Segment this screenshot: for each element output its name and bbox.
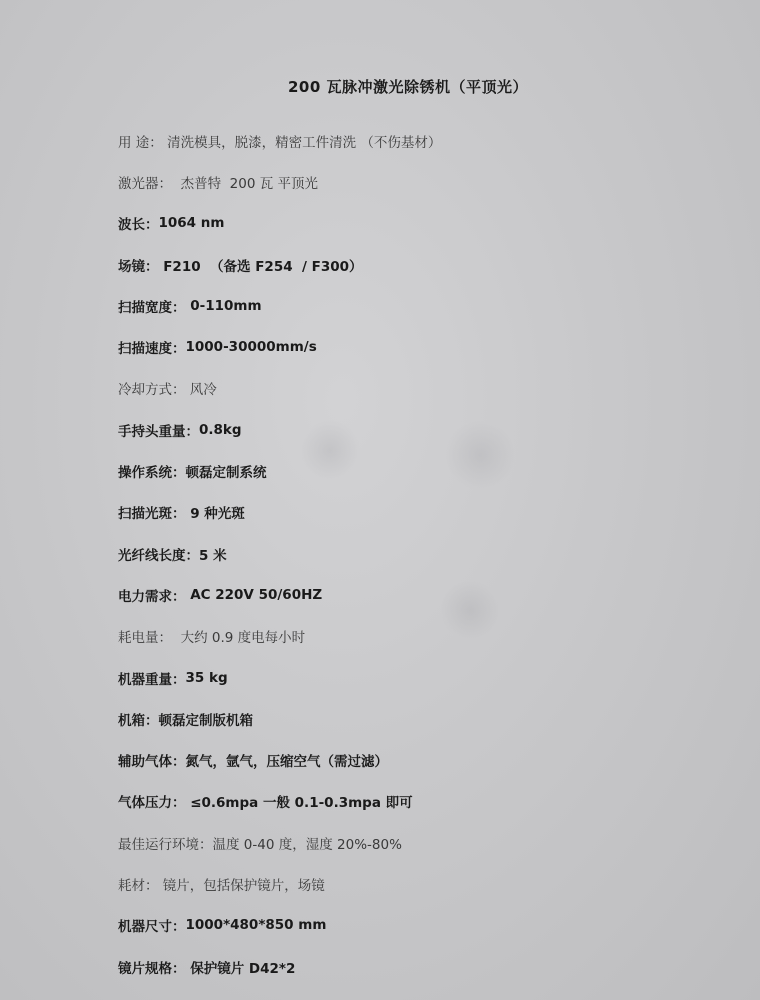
- spec-list: 用 途： 清洗模具，脱漆，精密工件清洗 （不伤基材）激光器： 杰普特 200 瓦…: [118, 120, 441, 987]
- spec-row: 手持头重量：0.8kg: [118, 409, 441, 450]
- spec-row: 电力需求： AC 220V 50/60HZ: [118, 574, 441, 615]
- spec-row: 操作系统：顿磊定制系统: [118, 450, 441, 491]
- spec-row: 场镜： F210 （备选 F254 / F300）: [118, 244, 441, 285]
- spec-label: 耗电量：: [118, 626, 172, 646]
- spec-row: 机器重量：35 kg: [118, 657, 441, 698]
- spec-label: 镜片规格：: [118, 957, 186, 977]
- spec-label: 冷却方式：: [118, 378, 186, 398]
- spec-row: 镜片规格： 保护镜片 D42*2: [118, 946, 441, 987]
- spec-row: 扫描速度：1000-30000mm/s: [118, 326, 441, 367]
- spec-row: 光纤线长度：5 米: [118, 533, 441, 574]
- spec-row: 扫描宽度： 0-110mm: [118, 285, 441, 326]
- spec-value: 温度 0-40 度，湿度 20%-80%: [213, 833, 402, 853]
- document-page: 200 瓦脉冲激光除锈机（平顶光） 用 途： 清洗模具，脱漆，精密工件清洗 （不…: [0, 0, 760, 1000]
- paper-smudge: [440, 580, 500, 640]
- spec-value: 氮气，氩气，压缩空气（需过滤）: [186, 750, 389, 770]
- spec-label: 光纤线长度：: [118, 544, 199, 564]
- spec-value: 1000*480*850 mm: [186, 917, 327, 933]
- spec-label: 操作系统：: [118, 461, 186, 481]
- spec-row: 气体压力： ≤0.6mpa 一般 0.1-0.3mpa 即可: [118, 781, 441, 822]
- spec-value: 顿磊定制系统: [186, 461, 267, 481]
- spec-value: 风冷: [186, 378, 217, 398]
- spec-row: 耗电量： 大约 0.9 度电每小时: [118, 616, 441, 657]
- spec-value: 1000-30000mm/s: [186, 339, 317, 355]
- spec-value: 大约 0.9 度电每小时: [172, 626, 305, 646]
- spec-row: 辅助气体：氮气，氩气，压缩空气（需过滤）: [118, 739, 441, 780]
- spec-label: 手持头重量：: [118, 420, 199, 440]
- spec-label: 机器尺寸：: [118, 915, 186, 935]
- spec-value: 5 米: [199, 544, 227, 564]
- spec-label: 机器重量：: [118, 668, 186, 688]
- spec-value: AC 220V 50/60HZ: [186, 587, 323, 603]
- spec-value: 1064 nm: [159, 215, 225, 231]
- spec-value: 35 kg: [186, 670, 228, 686]
- spec-row: 最佳运行环境：温度 0-40 度，湿度 20%-80%: [118, 822, 441, 863]
- spec-label: 辅助气体：: [118, 750, 186, 770]
- spec-row: 机器尺寸：1000*480*850 mm: [118, 905, 441, 946]
- spec-label: 机箱：: [118, 709, 159, 729]
- spec-row: 机箱：顿磊定制版机箱: [118, 698, 441, 739]
- paper-smudge: [445, 420, 515, 490]
- spec-label: 耗材：: [118, 874, 159, 894]
- spec-row: 波长：1064 nm: [118, 203, 441, 244]
- spec-row: 激光器： 杰普特 200 瓦 平顶光: [118, 161, 441, 202]
- spec-label: 扫描速度：: [118, 337, 186, 357]
- spec-value: 保护镜片 D42*2: [186, 957, 296, 977]
- spec-label: 用 途：: [118, 131, 163, 151]
- spec-value: 0.8kg: [199, 422, 242, 438]
- spec-label: 电力需求：: [118, 585, 186, 605]
- spec-value: 9 种光斑: [186, 502, 245, 522]
- document-title: 200 瓦脉冲激光除锈机（平顶光）: [288, 76, 528, 97]
- spec-value: 清洗模具，脱漆，精密工件清洗 （不伤基材）: [163, 131, 442, 151]
- spec-label: 扫描光斑：: [118, 502, 186, 522]
- spec-row: 用 途： 清洗模具，脱漆，精密工件清洗 （不伤基材）: [118, 120, 441, 161]
- spec-value: 镜片，包括保护镜片，场镜: [159, 874, 325, 894]
- spec-value: 0-110mm: [186, 298, 262, 314]
- spec-value: 杰普特 200 瓦 平顶光: [172, 172, 318, 192]
- spec-row: 耗材： 镜片，包括保护镜片，场镜: [118, 863, 441, 904]
- spec-value: F210 （备选 F254 / F300）: [159, 255, 363, 275]
- spec-label: 最佳运行环境：: [118, 833, 213, 853]
- spec-row: 冷却方式： 风冷: [118, 368, 441, 409]
- spec-label: 气体压力：: [118, 791, 186, 811]
- spec-row: 扫描光斑： 9 种光斑: [118, 492, 441, 533]
- spec-value: ≤0.6mpa 一般 0.1-0.3mpa 即可: [186, 791, 413, 811]
- spec-label: 激光器：: [118, 172, 172, 192]
- spec-value: 顿磊定制版机箱: [159, 709, 254, 729]
- spec-label: 扫描宽度：: [118, 296, 186, 316]
- spec-label: 波长：: [118, 213, 159, 233]
- spec-label: 场镜：: [118, 255, 159, 275]
